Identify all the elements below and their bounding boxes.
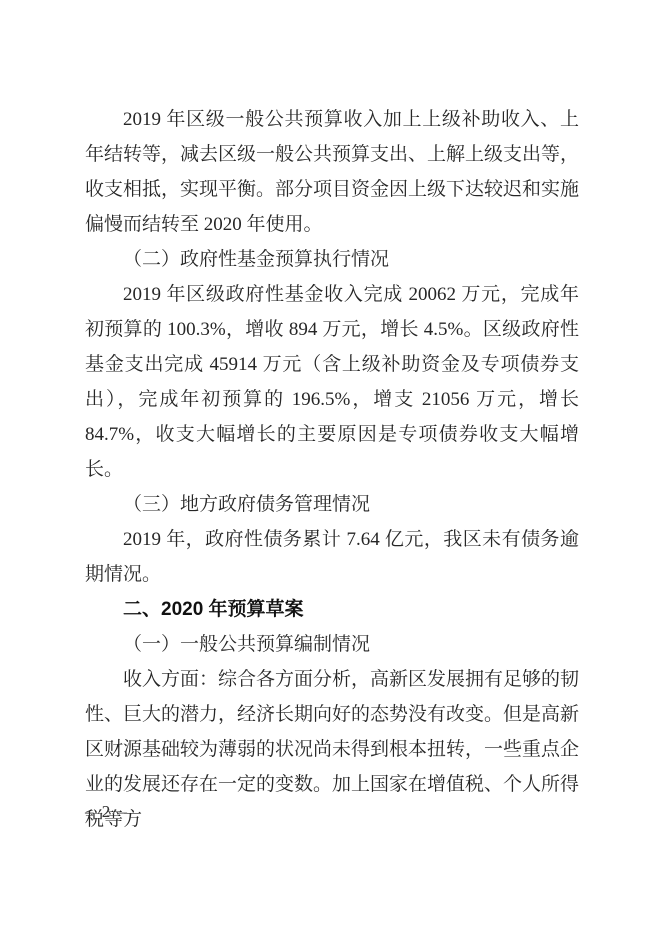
document-body: 2019 年区级一般公共预算收入加上上级补助收入、上年结转等，减去区级一般公共预… <box>85 102 579 837</box>
section-heading-government-fund-budget: （二）政府性基金预算执行情况 <box>85 242 579 277</box>
chapter-heading-2020-budget-draft: 二、2020 年预算草案 <box>85 592 579 627</box>
document-page: 2019 年区级一般公共预算收入加上上级补助收入、上年结转等，减去区级一般公共预… <box>0 0 662 936</box>
paragraph-revenue-analysis: 收入方面：综合各方面分析，高新区发展拥有足够的韧性、巨大的潜力，经济长期向好的态… <box>85 662 579 837</box>
section-heading-local-debt-management: （三）地方政府债务管理情况 <box>85 487 579 522</box>
section-heading-general-budget-preparation: （一）一般公共预算编制情况 <box>85 627 579 662</box>
page-number: – 2 – <box>85 798 129 826</box>
paragraph-government-fund-figures: 2019 年区级政府性基金收入完成 20062 万元，完成年初预算的 100.3… <box>85 277 579 487</box>
paragraph-budget-execution-balance: 2019 年区级一般公共预算收入加上上级补助收入、上年结转等，减去区级一般公共预… <box>85 102 579 242</box>
paragraph-debt-total: 2019 年，政府性债务累计 7.64 亿元，我区未有债务逾期情况。 <box>85 522 579 592</box>
